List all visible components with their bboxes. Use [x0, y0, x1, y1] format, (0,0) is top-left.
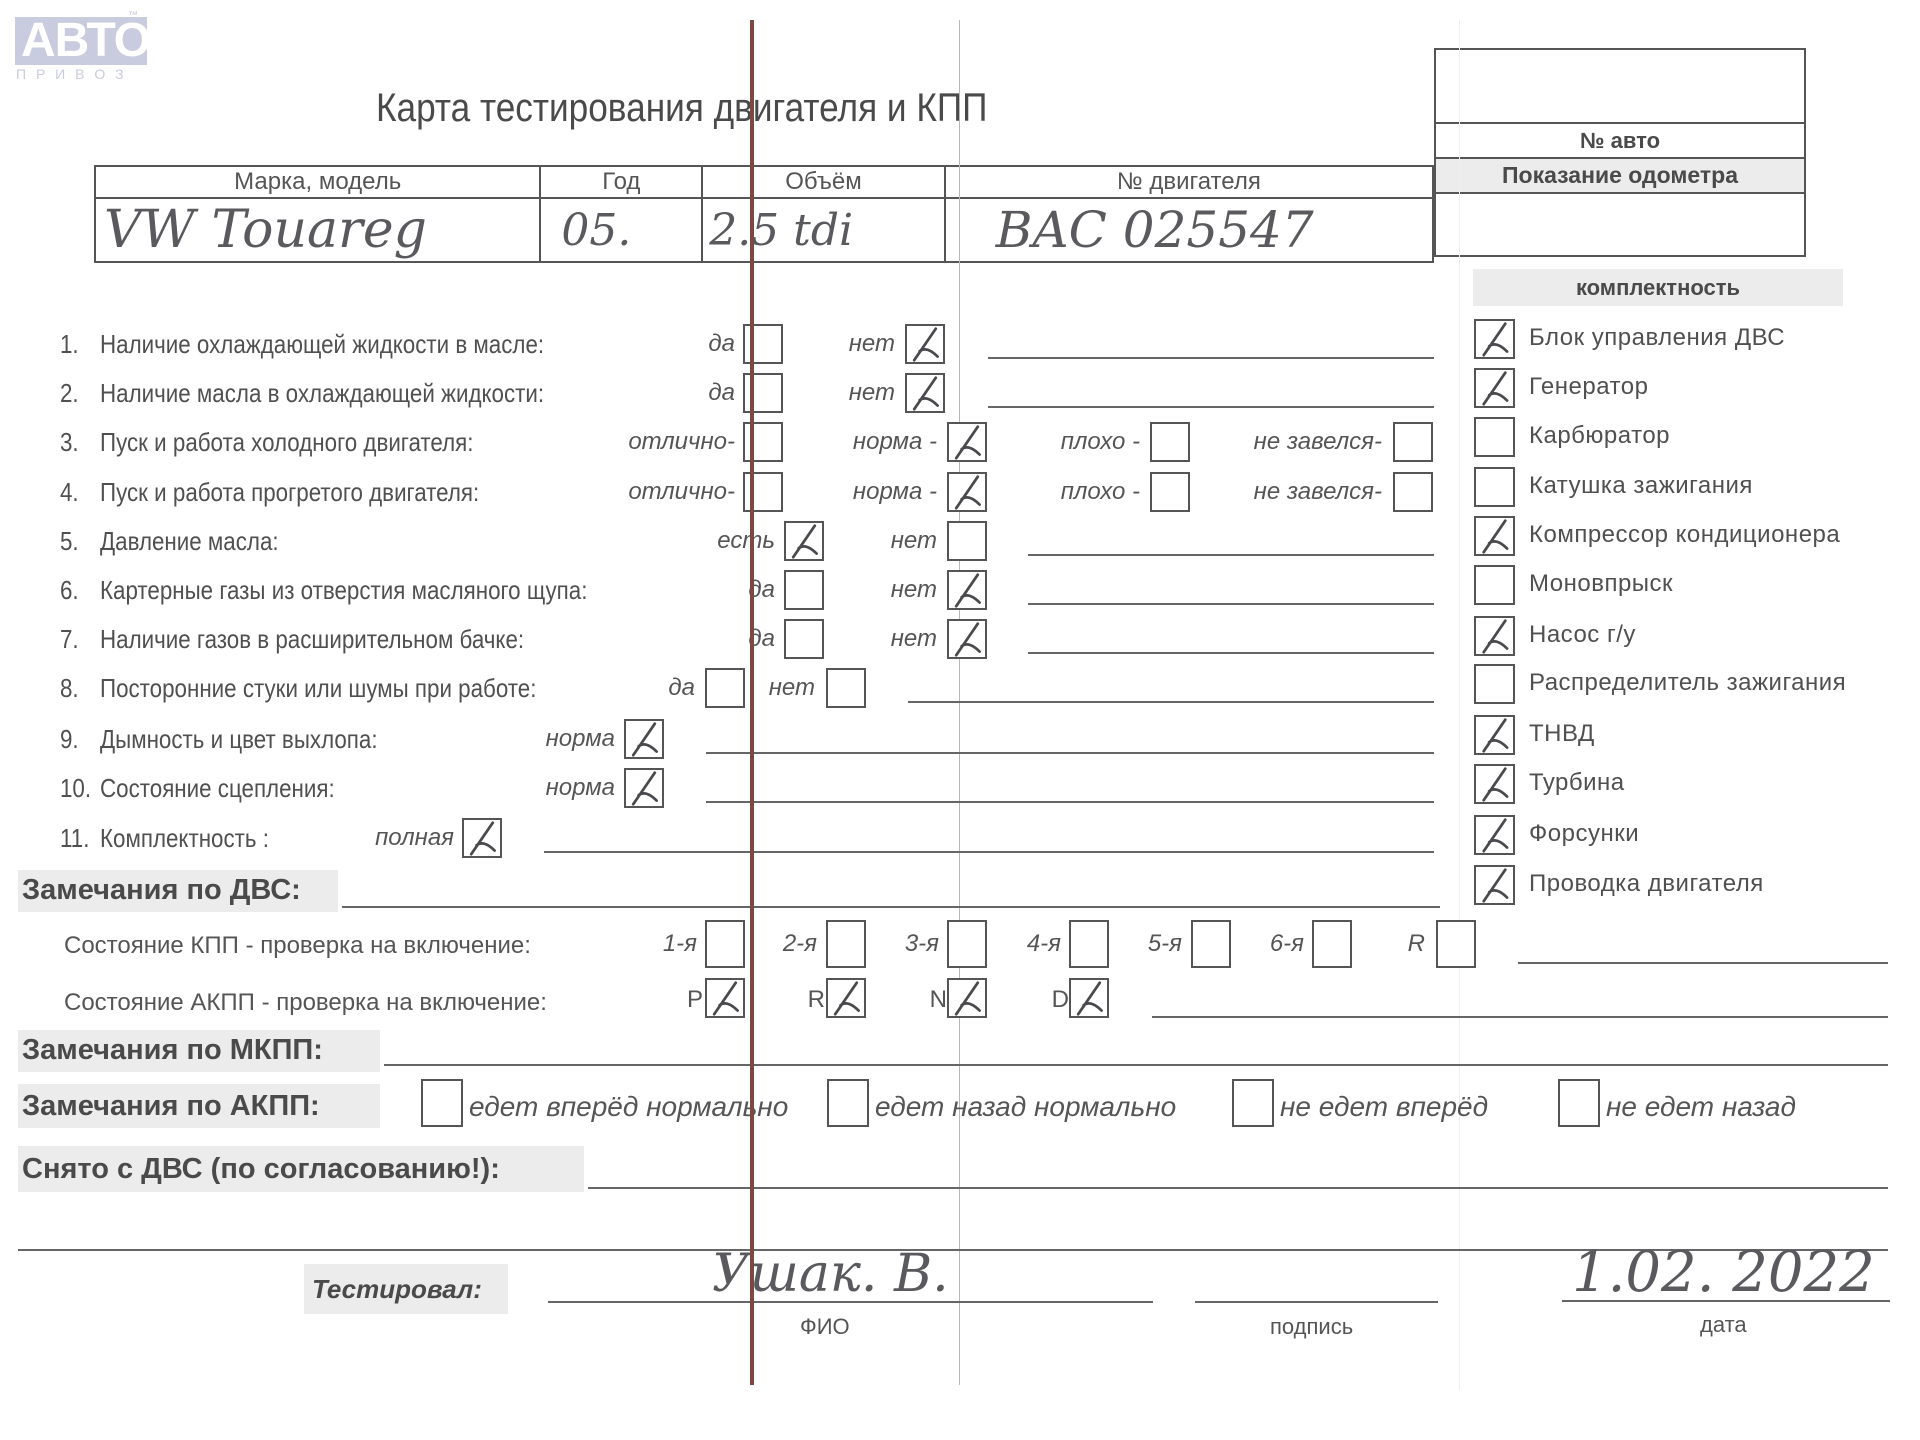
auto-remark-checkbox[interactable] [421, 1079, 463, 1127]
volume-value[interactable]: 2.5 tdi [703, 205, 853, 256]
name-line [548, 1301, 1153, 1303]
row-question: Пуск и работа прогретого двигателя: [100, 477, 479, 508]
completeness-item-label: Распределитель зажигания [1529, 669, 1846, 697]
row-notes-field[interactable] [1028, 603, 1434, 605]
completeness-checkbox[interactable] [1474, 616, 1515, 656]
auto-gearbox-notes[interactable] [1152, 1016, 1888, 1018]
auto-remark-label: не едет вперёд [1280, 1091, 1488, 1123]
page-title: Карта тестирования двигателя и КПП [376, 86, 987, 131]
check-mark-icon [828, 980, 864, 1016]
make-model-value[interactable]: VW Touareg [96, 200, 427, 260]
date-caption: дата [1700, 1312, 1747, 1338]
option-label: плохо - [1061, 478, 1140, 506]
auto-gearbox-label: Состояние АКПП - проверка на включение: [64, 989, 547, 1017]
option-label: норма [546, 725, 615, 753]
signature-line[interactable] [1195, 1301, 1438, 1303]
check-mark-icon [1476, 717, 1513, 753]
option-label: отлично- [628, 478, 735, 506]
option-checkbox[interactable] [1150, 472, 1190, 512]
option-label: норма [546, 774, 615, 802]
row-notes-field[interactable] [908, 701, 1434, 703]
option-checkbox[interactable] [905, 324, 945, 364]
option-label: да [708, 379, 735, 407]
completeness-item-label: Форсунки [1529, 820, 1639, 848]
gear-label: 3-я [905, 930, 939, 958]
row-question: Дымность и цвет выхлопа: [100, 724, 378, 755]
check-mark-icon [949, 572, 985, 608]
gear-checkbox[interactable] [826, 920, 866, 968]
option-checkbox[interactable] [462, 818, 502, 858]
row-question: Наличие масла в охлаждающей жидкости: [100, 378, 544, 409]
manual-remarks-label: Замечания по МКПП: [22, 1034, 323, 1067]
auto-remark-checkbox[interactable] [827, 1079, 869, 1127]
akpp-checkbox[interactable] [826, 978, 866, 1018]
option-label: полная [375, 824, 454, 852]
check-mark-icon [1476, 370, 1513, 406]
auto-info-box: № авто Показание одометра [1434, 48, 1806, 257]
row-question: Комплектность : [100, 823, 269, 854]
row-notes-field[interactable] [706, 801, 1434, 803]
fold-line-faint [1459, 20, 1460, 1390]
check-mark-icon [1476, 867, 1513, 903]
engine-remarks-label: Замечания по ДВС: [22, 874, 301, 907]
completeness-item-label: Насос г/у [1529, 621, 1636, 649]
option-label: да [668, 674, 695, 702]
row-question: Состояние сцепления: [100, 773, 335, 804]
name-value[interactable]: Ушак. В. [712, 1244, 949, 1304]
completeness-item-label: Проводка двигателя [1529, 870, 1764, 898]
akpp-checkbox[interactable] [1069, 978, 1109, 1018]
row-notes-field[interactable] [544, 851, 1434, 853]
option-label: нет [891, 576, 937, 604]
check-mark-icon [1476, 518, 1513, 554]
option-checkbox[interactable] [784, 521, 824, 561]
completeness-item-label: Карбюратор [1529, 422, 1670, 450]
row-number: 1. [60, 329, 79, 360]
check-mark-icon [786, 523, 822, 559]
row-number: 8. [60, 673, 79, 704]
tested-by-label: Тестировал: [312, 1274, 482, 1305]
auto-no-field[interactable] [1440, 54, 1800, 118]
option-checkbox[interactable] [743, 373, 783, 413]
check-mark-icon [464, 820, 500, 856]
option-checkbox[interactable] [743, 324, 783, 364]
option-checkbox[interactable] [947, 570, 987, 610]
gear-label: R [1408, 930, 1425, 958]
akpp-position-label: R [808, 986, 825, 1014]
row-number: 3. [60, 427, 79, 458]
check-mark-icon [1476, 817, 1513, 853]
gear-checkbox[interactable] [947, 920, 987, 968]
check-mark-icon [907, 326, 943, 362]
completeness-checkbox[interactable] [1474, 664, 1515, 704]
odometer-label: Показание одометра [1436, 162, 1804, 189]
akpp-checkbox[interactable] [947, 978, 987, 1018]
option-checkbox[interactable] [1393, 422, 1433, 462]
gear-label: 4-я [1027, 930, 1061, 958]
option-label: не завелся- [1254, 478, 1382, 506]
signature-caption: подпись [1270, 1314, 1353, 1340]
completeness-item-label: Турбина [1529, 769, 1625, 797]
option-label: есть [717, 527, 775, 555]
option-label: нет [849, 330, 895, 358]
option-label: не завелся- [1254, 428, 1382, 456]
row-number: 7. [60, 624, 79, 655]
gear-label: 6-я [1270, 930, 1304, 958]
date-value[interactable]: 1.02. 2022 [1572, 1240, 1875, 1305]
check-mark-icon [707, 980, 743, 1016]
option-label: нет [891, 527, 937, 555]
akpp-checkbox[interactable] [705, 978, 745, 1018]
check-mark-icon [949, 474, 985, 510]
check-mark-icon [1476, 618, 1513, 654]
option-label: отлично- [628, 428, 735, 456]
row-number: 10. [60, 773, 91, 804]
completeness-item-label: Блок управления ДВС [1529, 324, 1785, 352]
removed-label: Снято с ДВС (по согласованию!): [22, 1153, 500, 1186]
row-question: Давление масла: [100, 526, 279, 557]
check-mark-icon [626, 721, 662, 757]
gear-checkbox[interactable] [705, 920, 745, 968]
option-label: нет [769, 674, 815, 702]
row-number: 2. [60, 378, 79, 409]
akpp-position-label: N [930, 986, 947, 1014]
auto-remark-checkbox[interactable] [1558, 1079, 1600, 1127]
row-number: 6. [60, 575, 79, 606]
auto-remark-label: не едет назад [1606, 1091, 1796, 1123]
option-label: да [708, 330, 735, 358]
completeness-checkbox[interactable] [1474, 815, 1515, 855]
date-line [1562, 1300, 1890, 1302]
gear-checkbox[interactable] [1191, 920, 1231, 968]
col-header-volume: Объём [702, 166, 945, 198]
check-mark-icon [1071, 980, 1107, 1016]
option-checkbox[interactable] [784, 570, 824, 610]
row-notes-field[interactable] [706, 752, 1434, 754]
row-notes-field[interactable] [1028, 554, 1434, 556]
completeness-checkbox[interactable] [1474, 516, 1515, 556]
akpp-position-label: P [687, 986, 703, 1014]
manual-gearbox-label: Состояние КПП - проверка на включение: [64, 932, 531, 960]
scan-line [750, 20, 754, 1385]
option-checkbox[interactable] [743, 472, 783, 512]
row-question: Посторонние стуки или шумы при работе: [100, 673, 536, 704]
logo-brand: АВТО [21, 14, 150, 67]
manual-gearbox-notes[interactable] [1518, 962, 1888, 964]
option-checkbox[interactable] [947, 521, 987, 561]
option-checkbox[interactable] [1393, 472, 1433, 512]
logo-tm: ™ [128, 10, 138, 21]
option-checkbox[interactable] [826, 668, 866, 708]
option-label: норма - [853, 428, 937, 456]
completeness-item-label: ТНВД [1529, 720, 1595, 748]
check-mark-icon [949, 980, 985, 1016]
option-checkbox[interactable] [905, 373, 945, 413]
check-mark-icon [949, 424, 985, 460]
col-header-year: Год [540, 166, 702, 198]
gear-checkbox[interactable] [1436, 920, 1476, 968]
auto-no-label: № авто [1436, 128, 1804, 154]
row-question: Пуск и работа холодного двигателя: [100, 427, 473, 458]
row-question: Наличие газов в расширительном бачке: [100, 624, 524, 655]
logo-sub: П Р И В О З [16, 66, 127, 82]
row-question: Картерные газы из отверстия масляного щу… [100, 575, 587, 606]
auto-remark-checkbox[interactable] [1232, 1079, 1274, 1127]
row-number: 9. [60, 724, 79, 755]
option-checkbox[interactable] [947, 619, 987, 659]
completeness-checkbox[interactable] [1474, 565, 1515, 605]
completeness-checkbox[interactable] [1474, 417, 1515, 457]
gear-checkbox[interactable] [1312, 920, 1352, 968]
auto-remark-label: едет вперёд нормально [469, 1091, 788, 1123]
check-mark-icon [1476, 766, 1513, 802]
completeness-item-label: Моновпрыск [1529, 570, 1673, 598]
completeness-checkbox[interactable] [1474, 467, 1515, 507]
option-label: нет [849, 379, 895, 407]
option-checkbox[interactable] [947, 472, 987, 512]
completeness-item-label: Генератор [1529, 373, 1648, 401]
completeness-checkbox[interactable] [1474, 715, 1515, 755]
row-number: 4. [60, 477, 79, 508]
option-label: нет [891, 625, 937, 653]
gear-label: 2-я [783, 930, 817, 958]
check-mark-icon [626, 770, 662, 806]
option-checkbox[interactable] [624, 719, 664, 759]
completeness-checkbox[interactable] [1474, 865, 1515, 905]
completeness-item-label: Катушка зажигания [1529, 472, 1753, 500]
row-notes-field[interactable] [988, 406, 1434, 408]
option-checkbox[interactable] [743, 422, 783, 462]
row-number: 5. [60, 526, 79, 557]
gear-label: 5-я [1148, 930, 1182, 958]
option-checkbox[interactable] [705, 668, 745, 708]
row-question: Наличие охлаждающей жидкости в масле: [100, 329, 544, 360]
manual-remarks-field[interactable] [384, 1064, 1888, 1066]
auto-remark-label: едет назад нормально [875, 1091, 1176, 1123]
check-mark-icon [1476, 321, 1513, 357]
option-checkbox[interactable] [784, 619, 824, 659]
option-checkbox[interactable] [947, 422, 987, 462]
option-checkbox[interactable] [624, 768, 664, 808]
gear-checkbox[interactable] [1069, 920, 1109, 968]
auto-remarks-label: Замечания по АКПП: [22, 1090, 320, 1123]
odometer-field[interactable] [1440, 198, 1800, 254]
completeness-item-label: Компрессор кондиционера [1529, 521, 1840, 549]
akpp-position-label: D [1052, 986, 1069, 1014]
engine-remarks-field[interactable] [342, 906, 1440, 908]
engine-no-value[interactable]: BAC 025547 [946, 201, 1314, 259]
vehicle-info-table: Марка, модель Год Объём № двигателя VW T… [94, 165, 1434, 263]
gear-label: 1-я [663, 930, 697, 958]
col-header-make-model: Марка, модель [95, 166, 540, 198]
removed-field[interactable] [588, 1187, 1888, 1189]
row-number: 11. [60, 823, 89, 854]
name-caption: ФИО [800, 1314, 850, 1340]
option-checkbox[interactable] [1150, 422, 1190, 462]
completeness-checkbox[interactable] [1474, 764, 1515, 804]
row-notes-field[interactable] [1028, 652, 1434, 654]
row-notes-field[interactable] [988, 357, 1434, 359]
check-mark-icon [907, 375, 943, 411]
completeness-checkbox[interactable] [1474, 319, 1515, 359]
col-header-engine-no: № двигателя [945, 166, 1433, 198]
completeness-checkbox[interactable] [1474, 368, 1515, 408]
option-label: норма - [853, 478, 937, 506]
year-value[interactable]: 05. [541, 205, 631, 256]
logo: АВТО [15, 17, 147, 65]
completeness-title: комплектность [1473, 275, 1843, 301]
option-label: плохо - [1061, 428, 1140, 456]
check-mark-icon [949, 621, 985, 657]
